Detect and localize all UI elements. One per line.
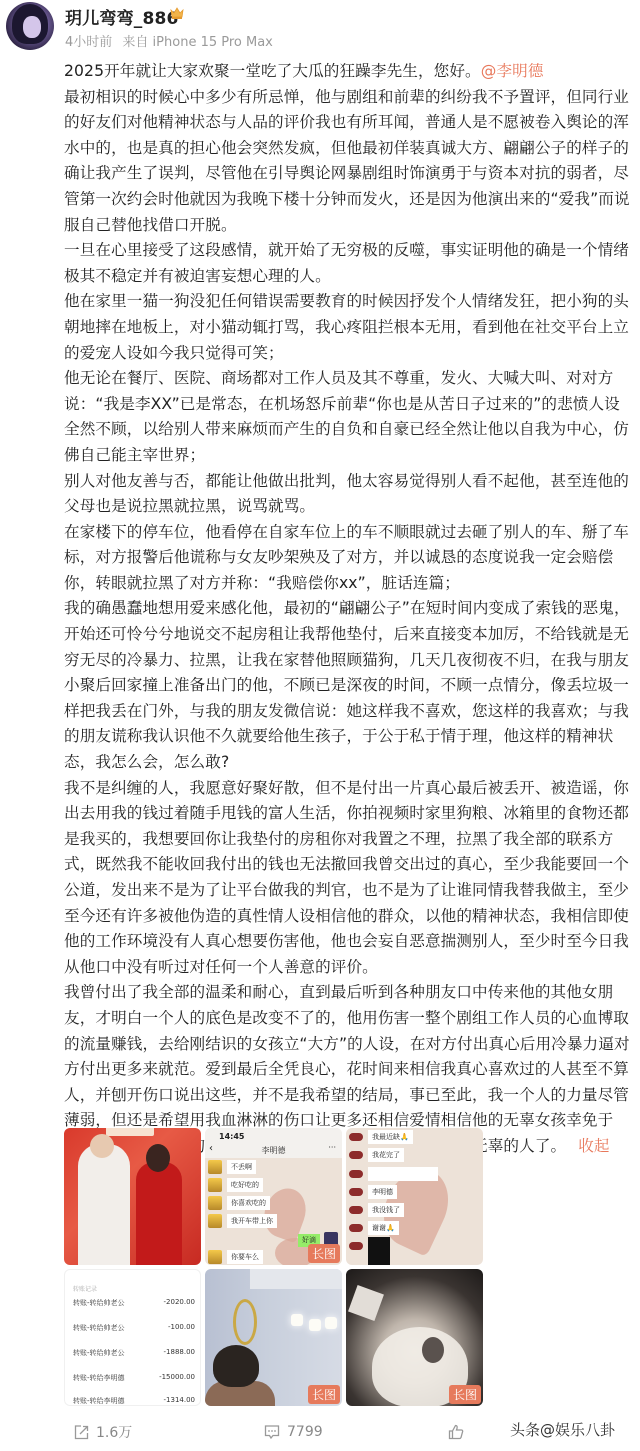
transfer-row: 转账-转给李明德-1314.00 [73,1396,195,1406]
backdrop-sign [106,1128,154,1136]
image-chat-screenshot-2[interactable]: 我最近缺🙏 我花完了 李明德 我没钱了 谢谢🙏 [346,1128,483,1265]
intro-text: 2025开年就让大家欢聚一堂吃了大瓜的狂躁李先生，您好。 [64,62,481,80]
transfer-row: 转账-转给帅老公-100.00 [73,1323,195,1340]
transfer-amount: -2020.00 [164,1298,195,1306]
image-couple-photo[interactable] [64,1128,201,1265]
paragraph: 别人对他友善与否，都能让他做出批判，他太容易觉得别人看不起他，甚至连他的父母也是… [64,469,630,520]
redacted-image [368,1237,390,1265]
message-text: 我花完了 [368,1148,404,1162]
transfer-row: 转账-转给帅老公-2020.00 [73,1298,195,1315]
avatar [208,1178,222,1192]
transfer-row: 转账-转给李明德-15000.00 [73,1373,195,1390]
message-text: 我最近缺🙏 [368,1130,413,1144]
message-text: 吃好吃的 [227,1178,263,1192]
comment-button[interactable]: 7799 [264,1420,323,1444]
transfer-date [73,1359,195,1365]
paragraph: 在家楼下的停车位，他看停在自家车位上的车不顺眼就过去砸了别人的车、掰了车标，对方… [64,520,630,597]
light-reflection [291,1314,303,1326]
message-text [368,1167,438,1181]
light-reflection [325,1317,337,1329]
comment-icon [264,1424,280,1440]
avatar [349,1224,363,1232]
avatar [349,1242,363,1250]
crown-icon [170,6,184,19]
transfer-amount: -1888.00 [164,1348,195,1356]
status-time: 14:45 [219,1132,244,1141]
ceiling [250,1269,342,1289]
image-transfer-records[interactable]: 转账记录 转账-转给帅老公-2020.00 转账-转给帅老公-100.00 转账… [64,1269,201,1406]
paragraph: 他无论在餐厅、医院、商场都对工作人员及其不尊重，发火、大喊大叫、对对方说：“我是… [64,366,630,468]
watermark: 头条@娱乐八卦 [510,1419,615,1440]
cat-patch [422,1337,444,1363]
avatar [208,1250,222,1264]
transfer-row: 转账-转给帅老公-1888.00 [73,1348,195,1365]
message-text: 谢谢🙏 [368,1221,399,1235]
woman-head [146,1144,170,1172]
sun-mirror [233,1299,257,1345]
image-cat[interactable]: 长图 [346,1269,483,1406]
light-reflection [309,1319,321,1331]
man-head [90,1134,114,1158]
transfer-label: 转账-转给帅老公 [73,1349,125,1357]
woman-figure [136,1162,182,1265]
avatar[interactable] [6,2,54,50]
transfer-amount: -1314.00 [164,1396,195,1404]
avatar [349,1133,363,1141]
paragraph: 我不是纠缠的人，我愿意好聚好散，但不是付出一片真心最后被丢开、被造谣，你出去用我… [64,776,630,981]
transfer-amount: -100.00 [168,1323,195,1331]
transfer-date [73,1384,195,1390]
transfer-label: 转账-转给李明德 [73,1397,125,1405]
man-head [213,1345,259,1387]
message-text: 你要车么 [227,1250,263,1264]
mention-link[interactable]: @李明德 [481,62,544,80]
avatar [208,1160,222,1174]
transfer-label: 转账-转给帅老公 [73,1299,125,1307]
post-header: 玥儿弯弯_886 4小时前 来自 iPhone 15 Pro Max [0,0,640,56]
avatar [208,1214,222,1228]
repost-button[interactable]: 1.6万 [74,1420,132,1444]
chat-title: 李明德 [205,1145,342,1156]
avatar [349,1151,363,1159]
message-text: 你喜欢吃的 [227,1196,270,1210]
post-time: 4小时前 [65,35,112,50]
post-source: 来自 iPhone 15 Pro Max [122,35,272,50]
man-figure [78,1144,130,1265]
records-header: 转账记录 [73,1284,97,1293]
avatar [349,1170,363,1178]
author-name[interactable]: 玥儿弯弯_886 [65,4,179,29]
long-image-badge: 长图 [308,1244,340,1263]
share-icon [74,1425,89,1440]
message-text: 我开车带上你 [227,1214,277,1228]
transfer-label: 转账-转给李明德 [73,1374,125,1382]
message-text: 我没钱了 [368,1203,404,1217]
avatar [349,1188,363,1196]
like-icon [448,1424,464,1440]
transfer-label: 转账-转给帅老公 [73,1324,125,1332]
long-image-badge: 长图 [449,1385,481,1404]
image-chat-screenshot-1[interactable]: 14:45 ‹ 李明德 ··· 不丢啊 吃好吃的 你喜欢吃的 我开车带上你 好滴… [205,1128,342,1265]
image-man-in-room[interactable]: 长图 [205,1269,342,1406]
paragraph: 我的确愚蠢地想用爱来感化他，最初的“翩翩公子”在短时间内变成了索钱的恶鬼，开始还… [64,596,630,775]
paragraph: 他在家里一猫一狗没犯任何错误需要教育的时候因抒发个人情绪发狂，把小狗的头朝地摔在… [64,289,630,366]
bowl [348,1285,384,1321]
avatar [349,1206,363,1214]
more-icon: ··· [328,1143,336,1152]
post-meta: 4小时前 来自 iPhone 15 Pro Max [65,31,279,50]
intro-paragraph: 2025开年就让大家欢聚一堂吃了大瓜的狂躁李先生，您好。@李明德 [64,59,630,85]
collapse-link[interactable]: 收起 [578,1137,609,1155]
transfer-date [73,1334,195,1340]
chat-top-bar: 14:45 ‹ 李明德 ··· [205,1128,342,1158]
avatar-face [23,16,41,38]
transfer-amount: -15000.00 [159,1373,195,1381]
repost-count: 1.6万 [96,1422,132,1442]
paragraph: 最初相识的时候心中多少有所忌惮，他与剧组和前辈的纠纷我不予置评，但同行业的好友们… [64,85,630,239]
paragraph: 一旦在心里接受了这段感情，就开始了无穷极的反噬，事实证明他的确是一个情绪极其不稳… [64,238,630,289]
avatar [208,1196,222,1210]
like-button[interactable] [448,1420,471,1444]
transfer-date [73,1309,195,1315]
long-image-badge: 长图 [308,1385,340,1404]
comment-count: 7799 [287,1424,323,1440]
post-body: 2025开年就让大家欢聚一堂吃了大瓜的狂躁李先生，您好。@李明德 最初相识的时候… [64,59,630,1160]
message-text: 李明德 [368,1185,397,1199]
message-text: 不丢啊 [227,1160,256,1174]
